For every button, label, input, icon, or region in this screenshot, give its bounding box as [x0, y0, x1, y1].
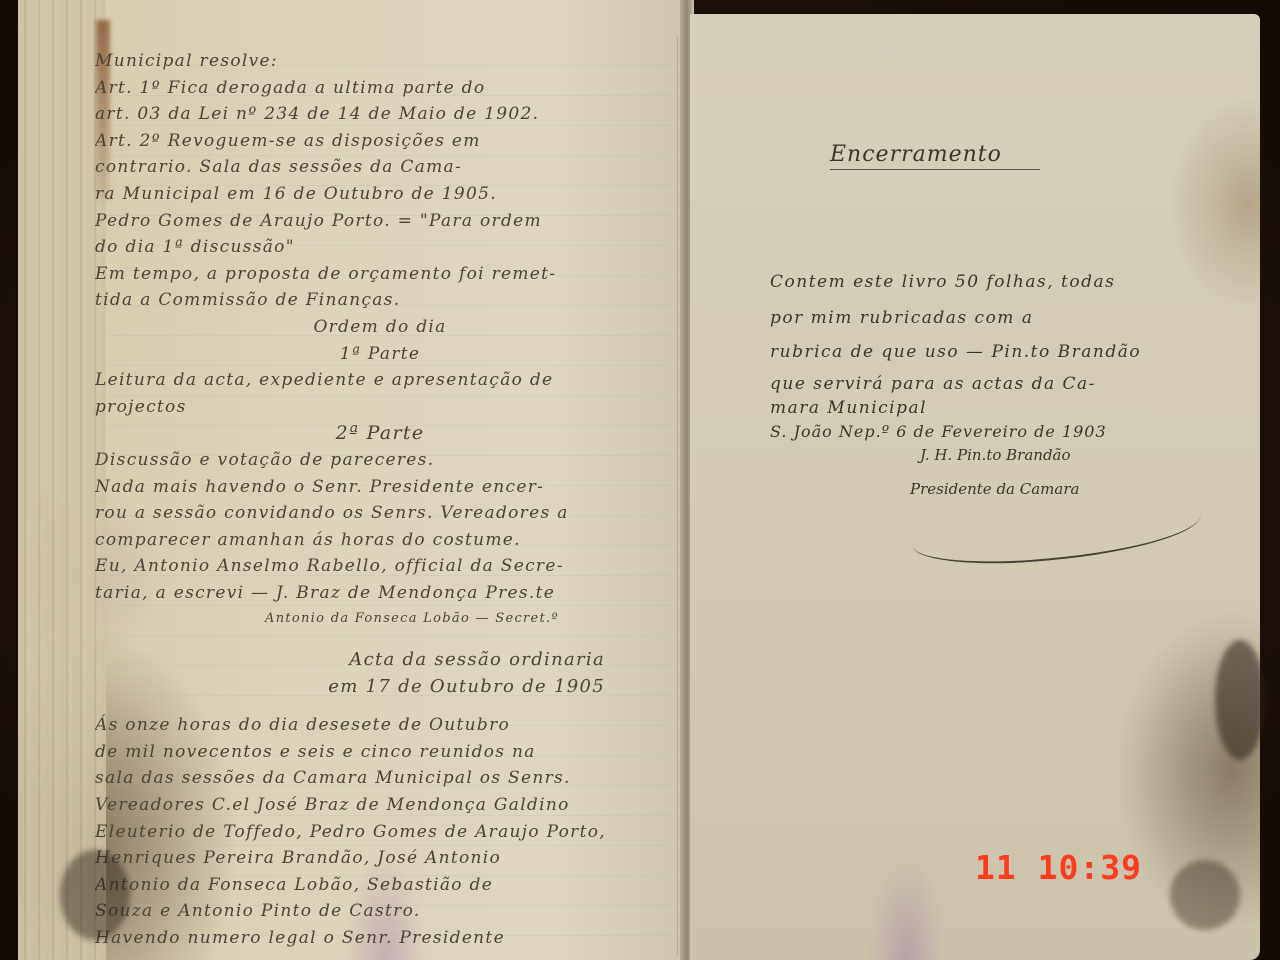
stain [1170, 860, 1240, 930]
camera-timestamp: 11 10:39 [975, 848, 1142, 887]
text-line: do dia 1ª discussão" [95, 234, 665, 261]
text-line: projectos [95, 394, 665, 421]
section-heading: 2ª Parte [95, 420, 665, 447]
signature-line: Antonio da Fonseca Lobão — Secret.º [95, 606, 665, 633]
closing-date: S. João Nep.º 6 de Fevereiro de 1903 [770, 422, 1107, 441]
section-heading: Ordem do dia [95, 314, 665, 341]
minutes-date: em 17 de Outubro de 1905 [95, 674, 665, 701]
minutes-title: Acta da sessão ordinaria [95, 647, 665, 674]
text-line: sala das sessões da Camara Municipal os … [95, 765, 665, 792]
text-line: Contem este livro 50 folhas, todas [770, 272, 1115, 292]
text-line: Vereadores C.el José Braz de Mendonça Ga… [95, 792, 665, 819]
text-line: de mil novecentos e seis e cinco reunido… [95, 739, 665, 766]
closing-heading: Encerramento [830, 142, 1040, 170]
text-line: Em tempo, a proposta de orçamento foi re… [95, 261, 665, 288]
page-edges [18, 0, 106, 960]
text-line: Souza e Antonio Pinto de Castro. [95, 898, 665, 925]
text-line: contrario. Sala das sessões da Cama- [95, 154, 665, 181]
text-line: Art. 2º Revoguem-se as disposições em [95, 128, 665, 155]
text-line: Leitura da acta, expediente e apresentaç… [95, 367, 665, 394]
text-line: Art. 1º Fica derogada a ultima parte do [95, 75, 665, 102]
photo-scene: Municipal resolve: Art. 1º Fica derogada… [0, 0, 1280, 960]
signature: J. H. Pin.to Brandão [920, 446, 1071, 464]
text-line: Nada mais havendo o Senr. Presidente enc… [95, 474, 665, 501]
text-line: Pedro Gomes de Araujo Porto. = "Para ord… [95, 208, 665, 235]
text-line: ra Municipal em 16 de Outubro de 1905. [95, 181, 665, 208]
signature-title: Presidente da Camara [910, 480, 1079, 498]
left-page-text: Municipal resolve: Art. 1º Fica derogada… [95, 48, 665, 952]
text-line: Discussão e votação de pareceres. [95, 447, 665, 474]
text-line: que servirá para as actas da Ca- [770, 374, 1096, 394]
text-line: comparecer amanhan ás horas do costume. [95, 527, 665, 554]
text-line: Eu, Antonio Anselmo Rabello, official da… [95, 553, 665, 580]
text-line: rubrica de que uso — Pin.to Brandão [770, 342, 1141, 362]
text-line: tida a Commissão de Finanças. [95, 287, 665, 314]
text-line: rou a sessão convidando os Senrs. Veread… [95, 500, 665, 527]
text-line: Antonio da Fonseca Lobão, Sebastião de [95, 872, 665, 899]
text-line: por mim rubricadas com a [770, 308, 1033, 328]
stain [60, 850, 130, 940]
section-heading: 1ª Parte [95, 341, 665, 368]
text-line: art. 03 da Lei nº 234 de 14 de Maio de 1… [95, 101, 665, 128]
text-line: mara Municipal [770, 398, 927, 418]
text-line: Havendo numero legal o Senr. Presidente [95, 925, 665, 952]
text-line: Eleuterio de Toffedo, Pedro Gomes de Ara… [95, 819, 665, 846]
text-line: taria, a escrevi — J. Braz de Mendonça P… [95, 580, 665, 607]
text-line: Municipal resolve: [95, 48, 665, 75]
text-line: Ás onze horas do dia desesete de Outubro [95, 712, 665, 739]
stain [1215, 640, 1265, 760]
text-line: Henriques Pereira Brandão, José Antonio [95, 845, 665, 872]
